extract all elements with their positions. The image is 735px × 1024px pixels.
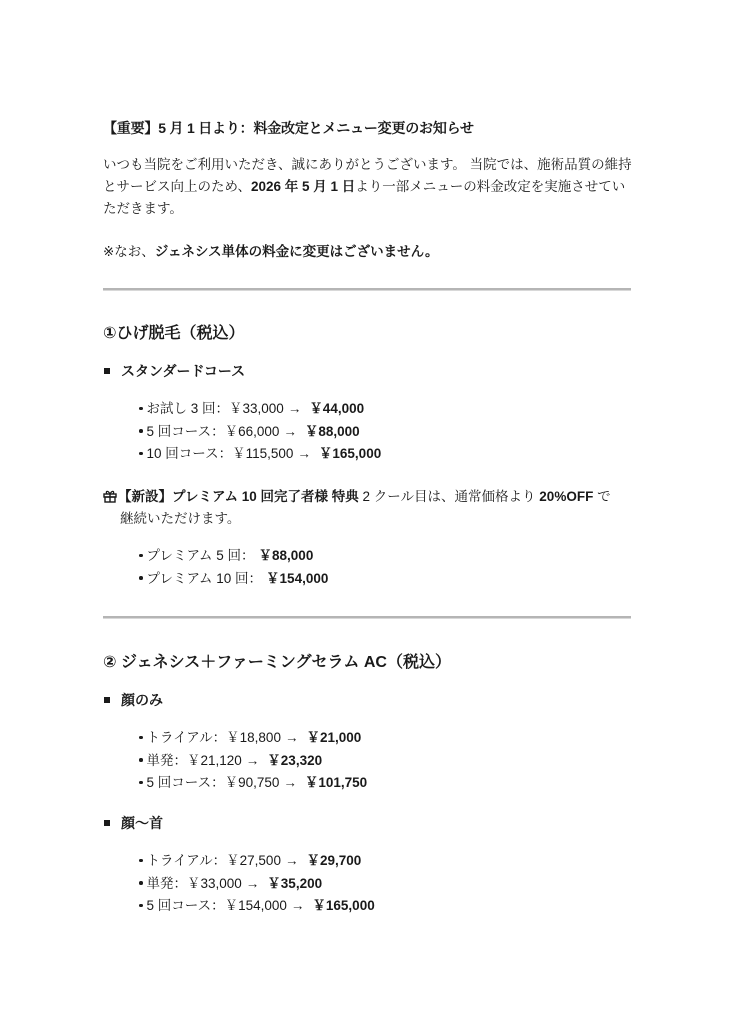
subheading-label: 顔〜首	[121, 813, 163, 833]
new-price: ￥101,750	[305, 775, 367, 790]
new-price: ￥165,000	[312, 898, 374, 913]
old-price: ￥18,800	[226, 730, 281, 745]
new-price: ￥29,700	[306, 853, 361, 868]
subheading-face-to-neck: 顔〜首	[103, 813, 163, 833]
document-title: 【重要】5 月 1 日より：料金改定とメニュー変更のお知らせ	[103, 118, 474, 138]
list-item: プレミアム 5 回：￥88,000	[139, 545, 328, 568]
note-bold: ジェネシス単体の料金に変更はございません。	[155, 244, 439, 259]
list-item: 5 回コース：￥90,750→￥101,750	[139, 772, 367, 795]
bullet-icon	[139, 554, 143, 558]
item-label: 5 回コース：	[147, 775, 225, 790]
standard-course-price-list: お試し 3 回：￥33,000→￥44,000 5 回コース：￥66,000→￥…	[139, 398, 381, 466]
premium-promo: 【新設】プレミアム 10 回完了者様 特典 2 クール目は、通常価格より 20%…	[103, 486, 633, 530]
bullet-icon	[139, 576, 143, 580]
promo-line-2: 継続いただけます。	[103, 508, 633, 530]
section-title-beard-removal: ①ひげ脱毛（税込）	[103, 320, 245, 343]
list-item: 5 回コース：￥66,000→￥88,000	[139, 421, 381, 444]
old-price: ￥66,000	[225, 424, 280, 439]
gift-icon	[103, 489, 117, 503]
promo-bold-label: 【新設】プレミアム 10 回完了者様 特典	[118, 489, 359, 504]
divider	[103, 616, 631, 619]
arrow-icon: →	[246, 876, 260, 891]
subheading-face-only: 顔のみ	[103, 690, 163, 710]
square-bullet-icon	[104, 820, 110, 826]
old-price: ￥154,000	[225, 898, 287, 913]
bullet-icon	[139, 429, 143, 433]
item-label: トライアル：	[147, 730, 227, 745]
note-prefix: ※なお、	[103, 244, 155, 259]
list-item: 10 回コース：￥115,500→￥165,000	[139, 443, 381, 466]
new-price: ￥21,000	[306, 730, 361, 745]
section-title-genesis-serum: ② ジェネシス＋ファーミングセラム AC（税込）	[103, 649, 451, 672]
old-price: ￥33,000	[187, 876, 242, 891]
subheading-label: 顔のみ	[121, 690, 163, 710]
new-price: ￥165,000	[319, 446, 381, 461]
item-label: プレミアム 10 回：	[147, 571, 263, 586]
list-item: 5 回コース：￥154,000→￥165,000	[139, 895, 375, 918]
old-price: ￥90,750	[225, 775, 280, 790]
promo-discount: 20%OFF	[539, 489, 593, 504]
arrow-icon: →	[283, 424, 297, 439]
arrow-icon: →	[288, 401, 302, 416]
old-price: ￥21,120	[187, 753, 242, 768]
bullet-icon	[139, 736, 143, 740]
arrow-icon: →	[297, 446, 311, 461]
list-item: トライアル：￥27,500→￥29,700	[139, 850, 375, 873]
list-item: 単発：￥21,120→￥23,320	[139, 750, 367, 773]
item-label: 単発：	[147, 876, 188, 891]
new-price: ￥23,320	[267, 753, 322, 768]
item-label: トライアル：	[147, 853, 227, 868]
bullet-icon	[139, 452, 143, 456]
square-bullet-icon	[104, 697, 110, 703]
bullet-icon	[139, 407, 143, 411]
subheading-label: スタンダードコース	[121, 361, 245, 381]
old-price: ￥33,000	[229, 401, 284, 416]
list-item: プレミアム 10 回：￥154,000	[139, 568, 328, 591]
intro-paragraph: いつも当院をご利用いただき、誠にありがとうございます。 当院では、施術品質の維持…	[103, 154, 633, 220]
item-label: 単発：	[147, 753, 188, 768]
bullet-icon	[139, 781, 143, 785]
item-label: 5 回コース：	[147, 424, 225, 439]
price: ￥154,000	[266, 571, 328, 586]
divider	[103, 288, 631, 291]
bullet-icon	[139, 904, 143, 908]
price: ￥88,000	[259, 548, 314, 563]
arrow-icon: →	[291, 898, 305, 913]
old-price: ￥115,500	[232, 446, 293, 461]
item-label: プレミアム 5 回：	[147, 548, 255, 563]
face-neck-price-list: トライアル：￥27,500→￥29,700 単発：￥33,000→￥35,200…	[139, 850, 375, 918]
note-line: ※なお、ジェネシス単体の料金に変更はございません。	[103, 240, 438, 260]
bullet-icon	[139, 758, 143, 762]
arrow-icon: →	[246, 753, 260, 768]
effective-date: 2026 年 5 月 1 日	[251, 179, 355, 194]
square-bullet-icon	[104, 368, 110, 374]
item-label: 5 回コース：	[147, 898, 225, 913]
list-item: お試し 3 回：￥33,000→￥44,000	[139, 398, 381, 421]
list-item: 単発：￥33,000→￥35,200	[139, 873, 375, 896]
bullet-icon	[139, 881, 143, 885]
arrow-icon: →	[285, 853, 299, 868]
promo-text-1: 2 クール目は、通常価格より	[359, 489, 540, 504]
new-price: ￥88,000	[305, 424, 360, 439]
promo-text-2: で	[593, 489, 610, 504]
arrow-icon: →	[283, 775, 297, 790]
bullet-icon	[139, 859, 143, 863]
promo-line-1: 【新設】プレミアム 10 回完了者様 特典 2 クール目は、通常価格より 20%…	[103, 486, 633, 508]
new-price: ￥44,000	[309, 401, 364, 416]
old-price: ￥27,500	[226, 853, 281, 868]
item-label: 10 回コース：	[147, 446, 233, 461]
premium-price-list: プレミアム 5 回：￥88,000 プレミアム 10 回：￥154,000	[139, 545, 328, 590]
arrow-icon: →	[285, 730, 299, 745]
list-item: トライアル：￥18,800→￥21,000	[139, 727, 367, 750]
item-label: お試し 3 回：	[147, 401, 230, 416]
face-only-price-list: トライアル：￥18,800→￥21,000 単発：￥21,120→￥23,320…	[139, 727, 367, 795]
subheading-standard-course: スタンダードコース	[103, 361, 245, 381]
new-price: ￥35,200	[267, 876, 322, 891]
